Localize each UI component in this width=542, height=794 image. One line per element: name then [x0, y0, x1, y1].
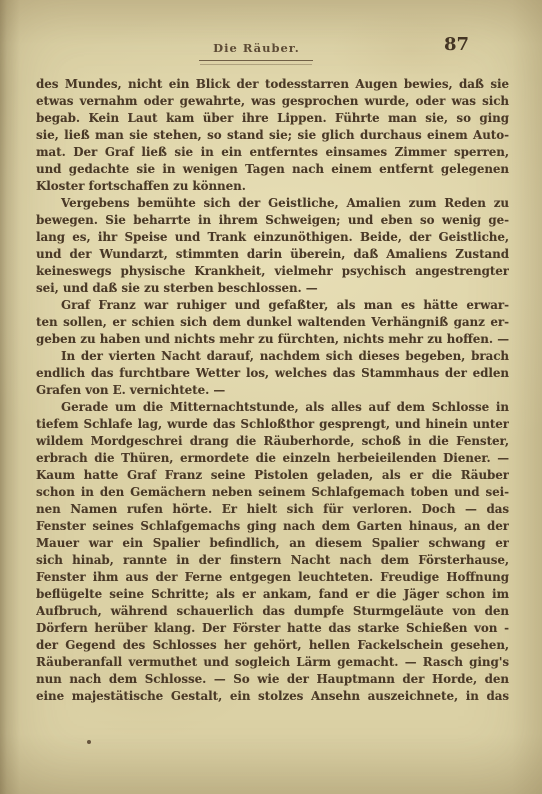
- text-line: etwas vernahm oder gewahrte, was gesproc…: [36, 93, 509, 110]
- text-line: wildem Mordgeschrei drang die Räuberhord…: [36, 433, 509, 450]
- body-text: des Mundes, nicht ein Blick der todessta…: [36, 76, 509, 705]
- text-line: nun nach dem Schlosse. — So wie der Haup…: [36, 671, 509, 688]
- text-line: keineswegs physische Krankheit, vielmehr…: [36, 263, 509, 280]
- text-line: In der vierten Nacht darauf, nachdem sic…: [36, 348, 509, 365]
- text-line: endlich das furchtbare Wetter los, welch…: [36, 365, 509, 382]
- text-line: nen Namen rufen hörte. Er hielt sich für…: [36, 501, 509, 518]
- text-line: Kloster fortschaffen zu können.: [36, 178, 509, 195]
- text-line: eine majestätische Gestalt, ein stolzes …: [36, 688, 509, 705]
- text-line: lang es, ihr Speise und Trank einzunöthi…: [36, 229, 509, 246]
- text-line: Mauer war ein Spalier befindlich, an die…: [36, 535, 509, 552]
- ink-dot-mark: [87, 740, 91, 744]
- page-number: 87: [444, 34, 469, 55]
- text-line: tiefem Schlafe lag, wurde das Schloßthor…: [36, 416, 509, 433]
- text-line: bewegen. Sie beharrte in ihrem Schweigen…: [36, 212, 509, 229]
- text-line: mat. Der Graf ließ sie in ein entferntes…: [36, 144, 509, 161]
- text-line: Räuberanfall vermuthet und sogleich Lärm…: [36, 654, 509, 671]
- text-line: sie, ließ man sie stehen, so stand sie; …: [36, 127, 509, 144]
- text-line: Fenster ihm aus der Ferne entgegen leuch…: [36, 569, 509, 586]
- book-page: Die Räuber. 87 des Mundes, nicht ein Bli…: [0, 0, 542, 794]
- text-line: der Gegend des Schlosses her gehört, hel…: [36, 637, 509, 654]
- text-line: und der Wundarzt, stimmten darin überein…: [36, 246, 509, 263]
- text-line: Dörfern herüber klang. Der Förster hatte…: [36, 620, 509, 637]
- text-line: schon in den Gemächern neben seinem Schl…: [36, 484, 509, 501]
- text-line: des Mundes, nicht ein Blick der todessta…: [36, 76, 509, 93]
- text-line: sich hinab, rannte in der finstern Nacht…: [36, 552, 509, 569]
- text-line: beflügelte seine Schritte; als er ankam,…: [36, 586, 509, 603]
- running-head-rule: [199, 60, 313, 64]
- text-line: Kaum hatte Graf Franz seine Pistolen gel…: [36, 467, 509, 484]
- text-line: und gedachte sie in wenigen Tagen nach e…: [36, 161, 509, 178]
- text-line: Vergebens bemühte sich der Geistliche, A…: [36, 195, 509, 212]
- text-line: geben zu haben und nichts mehr zu fürcht…: [36, 331, 509, 348]
- text-line: Aufbruch, während schauerlich das dumpfe…: [36, 603, 509, 620]
- text-line: erbrach die Thüren, ermordete die einzel…: [36, 450, 509, 467]
- text-line: begab. Kein Laut kam über ihre Lippen. F…: [36, 110, 509, 127]
- text-line: Gerade um die Mitternachtstunde, als all…: [36, 399, 509, 416]
- text-line: Grafen von E. vernichtete. —: [36, 382, 509, 399]
- text-line: Fenster seines Schlafgemachs ging nach d…: [36, 518, 509, 535]
- running-head-title: Die Räuber.: [200, 41, 313, 55]
- text-line: sei, und daß sie zu sterben beschlossen.…: [36, 280, 509, 297]
- text-line: Graf Franz war ruhiger und gefaßter, als…: [36, 297, 509, 314]
- text-line: ten sollen, er schien sich dem dunkel wa…: [36, 314, 509, 331]
